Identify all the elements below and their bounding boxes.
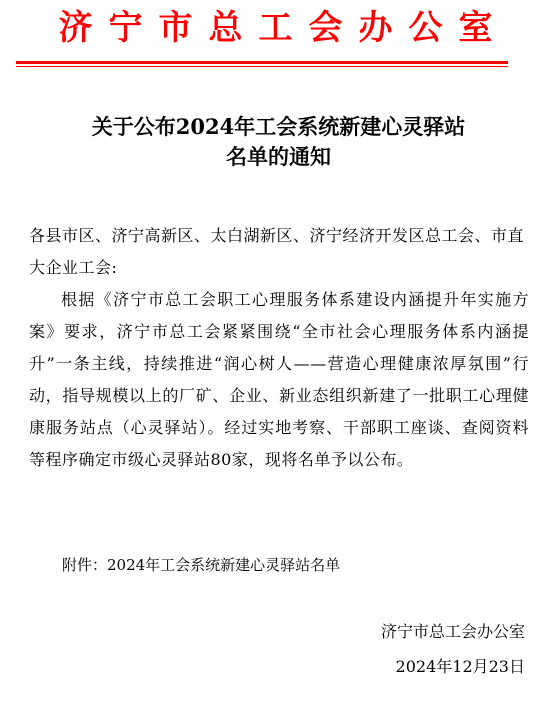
document-title: 关于公布2024年工会系统新建心灵驿站 名单的通知 bbox=[0, 112, 557, 172]
document-title-line2: 名单的通知 bbox=[0, 142, 557, 172]
attachment-note: 附件：2024年工会系统新建心灵驿站名单 bbox=[62, 553, 340, 577]
signature: 济宁市总工会办公室 bbox=[381, 620, 525, 644]
body-paragraph: 根据《济宁市总工会职工心理服务体系建设内涵提升年实施方案》要求，济宁市总工会紧紧… bbox=[29, 284, 529, 476]
date: 2024年12月23日 bbox=[396, 655, 525, 679]
document-title-line1: 关于公布2024年工会系统新建心灵驿站 bbox=[0, 112, 557, 142]
addressee: 各县市区、济宁高新区、太白湖新区、济宁经济开发区总工会、市直大企业工会: bbox=[29, 220, 529, 284]
letterhead-rule-thick bbox=[16, 61, 508, 64]
letterhead-rule-thin bbox=[16, 66, 508, 67]
letterhead-title: 济宁市总工会办公室 bbox=[0, 8, 557, 48]
